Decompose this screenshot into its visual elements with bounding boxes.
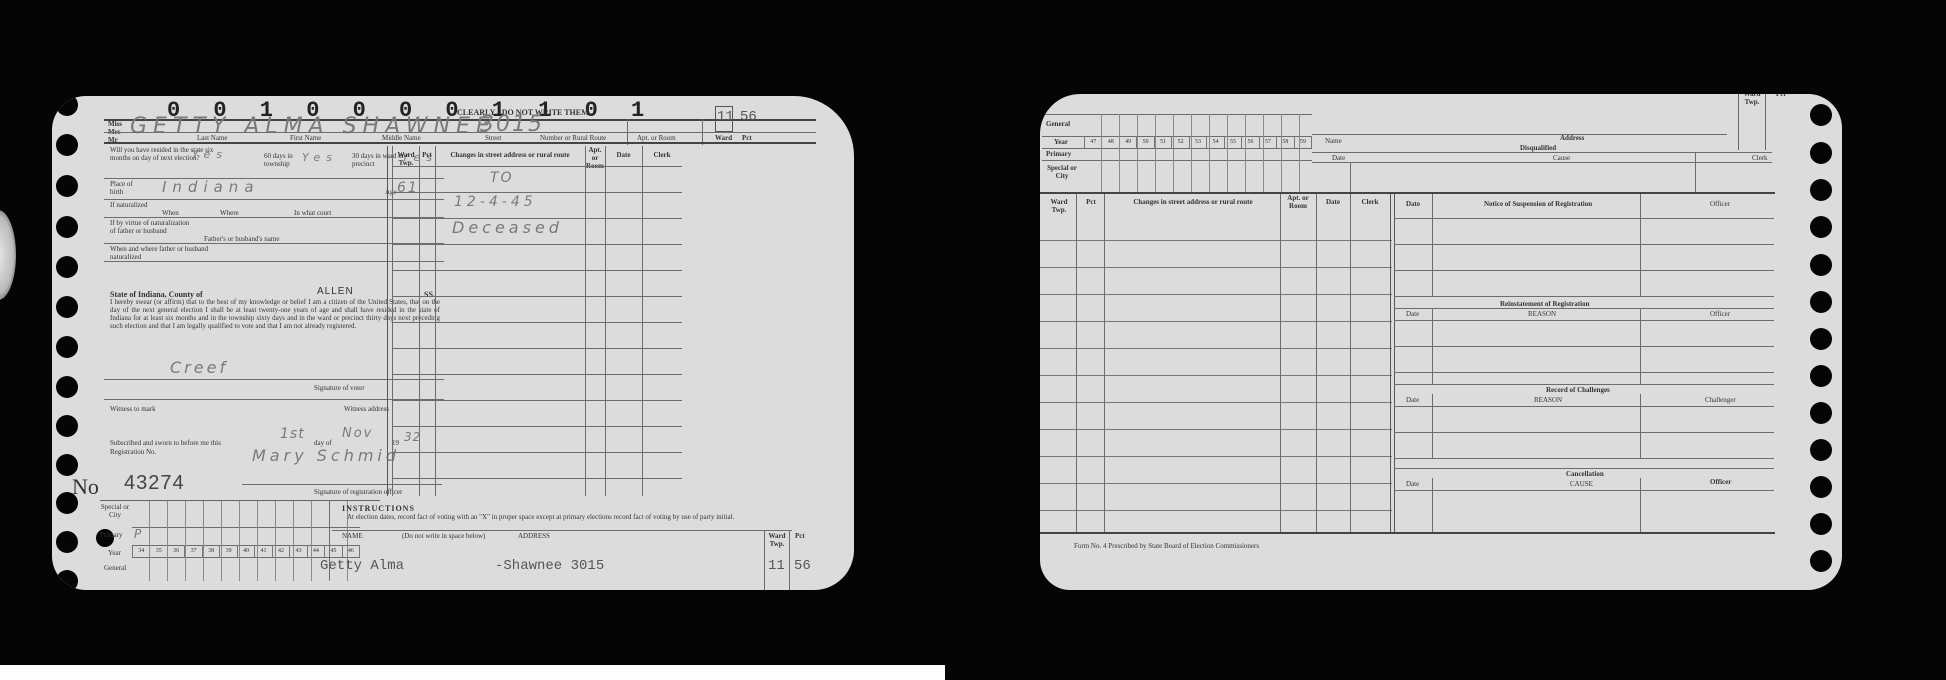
divider: [392, 348, 682, 349]
typed-ward: 11: [768, 558, 785, 574]
punch-hole: [1810, 142, 1832, 164]
changes-row-date: 12-4-45: [454, 194, 537, 210]
back-name-label: Name: [1325, 137, 1342, 145]
ward-label: Ward: [715, 134, 732, 142]
grid-label-general: General: [1046, 120, 1070, 128]
grid-label-special: Special or City: [100, 503, 130, 519]
punch-hole: [56, 531, 78, 553]
divider: [1432, 308, 1433, 384]
divider: [392, 296, 682, 297]
divider: [1394, 384, 1774, 385]
registration-card-front: 0 0 1 0 0 0 0 1 1 0 1 CLEARLY - DO NOT W…: [52, 96, 854, 590]
instructions-name-label: NAME: [342, 532, 363, 540]
divider: [1394, 468, 1774, 469]
day-value: 1st: [280, 426, 305, 442]
punch-hole: [1810, 513, 1832, 535]
virtue-label: If by virtue of naturalization of father…: [110, 219, 190, 235]
instructions-title: INSTRUCTIONS: [342, 504, 415, 513]
grid-label-year: Year: [108, 549, 121, 557]
punch-hole: [56, 415, 78, 437]
divider: [1695, 152, 1696, 192]
suspension-title: Notice of Suspension of Registration: [1484, 200, 1592, 208]
voting-record-grid-back: General Year Primary Special or City 47 …: [1042, 112, 1312, 194]
punch-hole: [1810, 328, 1832, 350]
pct-value: 56: [740, 109, 757, 125]
punch-hole: [56, 454, 78, 476]
officer-signature: Mary Schmid: [252, 446, 400, 465]
divider: [419, 146, 420, 496]
divider: [392, 270, 682, 271]
grid-label-year: Year: [1054, 138, 1068, 146]
reinstatement-officer-label: Officer: [1710, 310, 1730, 318]
back-changes-header-pct: Pct: [1078, 198, 1104, 206]
punch-hole: [1810, 291, 1832, 313]
divider: [392, 146, 393, 496]
grid-label-primary: Primary: [100, 531, 123, 539]
challenges-date-label: Date: [1406, 396, 1419, 404]
primary-mark: P: [134, 527, 147, 541]
divider: [1394, 432, 1774, 433]
changes-header-ward: Ward Twp.: [395, 151, 417, 167]
divider: [1640, 394, 1641, 458]
divider: [1432, 194, 1433, 296]
divider: [392, 374, 682, 375]
subscribed-label: Subscribed and sworn to before me this: [110, 439, 221, 447]
punch-hole: [1810, 402, 1832, 424]
divider: [104, 132, 816, 133]
changes-header-clerk: Clerk: [642, 151, 682, 159]
grid-label-general: General: [104, 564, 126, 572]
divider: [1394, 320, 1774, 321]
footer-ward-label: Ward Twp.: [765, 532, 789, 548]
divider: [392, 244, 682, 245]
grid-label-primary: Primary: [1046, 150, 1071, 158]
back-cause-label: Cause: [1553, 154, 1570, 162]
punch-hole: [1810, 550, 1832, 572]
voter-signature: Creef: [170, 358, 228, 377]
divider: [1640, 478, 1641, 532]
divider: [1394, 490, 1774, 491]
divider: [1394, 458, 1774, 459]
witness-address-label: Witness address: [344, 405, 389, 413]
punch-hole: [1810, 254, 1832, 276]
form-note: Form No. 4 Prescribed by State Board of …: [1074, 542, 1259, 550]
punch-hole: [56, 570, 78, 590]
back-ward-label: Ward Twp.: [1738, 94, 1766, 106]
scan-border-strip: [0, 665, 945, 680]
instructions-do-not-write: (Do not write in space below): [402, 532, 485, 540]
divider: [392, 426, 682, 427]
divider: [104, 142, 816, 144]
divider: [1394, 308, 1774, 309]
divider: [392, 400, 682, 401]
divider: [104, 178, 444, 179]
changes-header-address: Changes in street address or rural route: [437, 151, 583, 159]
divider: [1432, 478, 1433, 532]
street-label: Street: [485, 134, 501, 142]
registration-number: 43274: [124, 472, 185, 495]
divider: [1350, 162, 1351, 192]
county-value: ALLEN: [317, 286, 354, 297]
challenges-reason-label: REASON: [1534, 396, 1562, 404]
cancellation-officer-label: Officer: [1710, 478, 1731, 486]
footer-pct-label: Pct: [795, 532, 805, 540]
divider: [642, 146, 643, 496]
where-label: Where: [220, 209, 239, 217]
divider: [1312, 152, 1772, 153]
divider: [1394, 296, 1774, 297]
punch-hole: [56, 175, 78, 197]
divider: [1390, 194, 1391, 532]
naturalized-label: If naturalized: [110, 201, 150, 209]
divider: [242, 484, 442, 485]
divider: [1312, 134, 1727, 135]
divider: [392, 322, 682, 323]
reinstatement-title: Reinstatement of Registration: [1500, 300, 1589, 308]
divider: [1312, 162, 1772, 163]
back-address-label: Address: [1560, 134, 1584, 142]
birth-value: Indiana: [162, 178, 260, 196]
when-label: When: [162, 209, 179, 217]
punch-hole: [1810, 179, 1832, 201]
instructions-address-label: ADDRESS: [518, 532, 550, 540]
punch-hole: [56, 256, 78, 278]
back-changes-header-clerk: Clerk: [1350, 198, 1390, 206]
number-prefix: No: [72, 474, 99, 500]
age-value: 61: [397, 180, 419, 196]
divider: [104, 379, 444, 380]
apt-label: Apt. or Room: [637, 134, 676, 142]
punch-hole: [56, 336, 78, 358]
ward-value: 11: [717, 109, 734, 125]
resided-answer: Yes: [192, 148, 228, 161]
month-value: Nov: [342, 426, 373, 441]
voter-signature-label: Signature of voter: [314, 384, 365, 392]
divider: [1076, 194, 1077, 532]
divider: [585, 146, 586, 496]
cancellation-cause-label: CAUSE: [1570, 480, 1593, 488]
divider: [104, 199, 444, 200]
punch-hole: [56, 376, 78, 398]
grid-columns: [1084, 114, 1312, 192]
birth-label: Place of birth: [110, 180, 145, 196]
cancellation-title: Cancellation: [1566, 470, 1604, 478]
divider: [605, 146, 606, 496]
punch-hole: [1810, 104, 1832, 126]
divider: [1394, 244, 1774, 245]
divider: [392, 166, 682, 167]
grid-label-special: Special or City: [1044, 164, 1080, 180]
punch-hole: [1810, 476, 1832, 498]
reinstatement-date-label: Date: [1406, 310, 1419, 318]
when-where-father-label: When and where father or husband natural…: [110, 245, 210, 261]
back-pct-label: Pct: [1776, 94, 1786, 98]
changes-row-deceased: Deceased: [452, 218, 563, 237]
punch-hole: [1810, 216, 1832, 238]
changes-row-to: TO: [490, 170, 514, 186]
divider: [392, 452, 682, 453]
disqualified-label: Disqualified: [1520, 144, 1556, 152]
divider: [392, 192, 682, 193]
typed-name: Getty Alma: [320, 558, 404, 574]
divider: [332, 530, 792, 531]
cancellation-date-label: Date: [1406, 480, 1419, 488]
changes-header-date: Date: [605, 151, 642, 159]
divider: [1432, 394, 1433, 458]
punch-hole: [56, 296, 78, 318]
challenges-title: Record of Challenges: [1546, 386, 1610, 394]
oath-text: I hereby swear (or affirm) that to the b…: [110, 298, 440, 330]
divider: [1280, 194, 1281, 532]
divider: [1316, 194, 1317, 532]
divider: [435, 146, 436, 496]
divider: [1394, 270, 1774, 271]
back-changes-header-date: Date: [1316, 198, 1350, 206]
divider: [1040, 532, 1775, 534]
divider: [1640, 194, 1641, 296]
divider: [1104, 194, 1105, 532]
number-label: Number or Rural Route: [540, 134, 606, 142]
registration-card-back: General Year Primary Special or City 47 …: [1040, 94, 1842, 590]
divider: [1394, 406, 1774, 407]
scan-glare: [0, 210, 16, 300]
divider: [1394, 372, 1774, 373]
punch-hole: [56, 96, 78, 116]
pct-label: Pct: [742, 134, 752, 142]
punch-hole: [1810, 439, 1832, 461]
instructions-text: At election dates, record fact of voting…: [347, 513, 767, 521]
back-clerk-label: Clerk: [1752, 154, 1768, 162]
back-changes-header-ward: Ward Twp.: [1044, 198, 1074, 214]
last-name-label: Last Name: [197, 134, 228, 142]
divider: [1040, 192, 1775, 194]
first-name-label: First Name: [290, 134, 321, 142]
middle-name-label: Middle Name: [382, 134, 421, 142]
township-answer: Yes: [302, 151, 338, 164]
punch-hole: [1810, 365, 1832, 387]
officer-signature-label: Signature of registration officer: [314, 488, 402, 496]
divider: [392, 478, 682, 479]
registration-no-label: Registration No.: [110, 448, 156, 456]
divider: [1394, 346, 1774, 347]
back-changes-header-apt: Apt. or Room: [1280, 194, 1316, 210]
divider: [1394, 218, 1774, 219]
witness-mark-label: Witness to mark: [110, 405, 156, 413]
divider: [387, 146, 388, 496]
changes-header-pct: Pct: [419, 151, 435, 159]
divider: [789, 530, 790, 590]
back-changes-rows: [1040, 214, 1392, 532]
court-label: In what court: [294, 209, 331, 217]
divider: [1350, 194, 1351, 532]
father-name-label: Father's or husband's name: [204, 235, 279, 243]
divider: [104, 261, 444, 262]
divider: [1640, 308, 1641, 384]
reinstatement-reason-label: REASON: [1528, 310, 1556, 318]
punch-hole: [56, 216, 78, 238]
back-date-label: Date: [1332, 154, 1345, 162]
suspension-officer-label: Officer: [1710, 200, 1730, 208]
challenges-challenger-label: Challenger: [1705, 396, 1736, 404]
back-changes-header-address: Changes in street address or rural route: [1106, 198, 1280, 206]
typed-address: -Shawnee 3015: [495, 558, 604, 574]
punch-hole: [56, 134, 78, 156]
suspension-date-label: Date: [1406, 200, 1420, 208]
typed-pct: 56: [794, 558, 811, 574]
